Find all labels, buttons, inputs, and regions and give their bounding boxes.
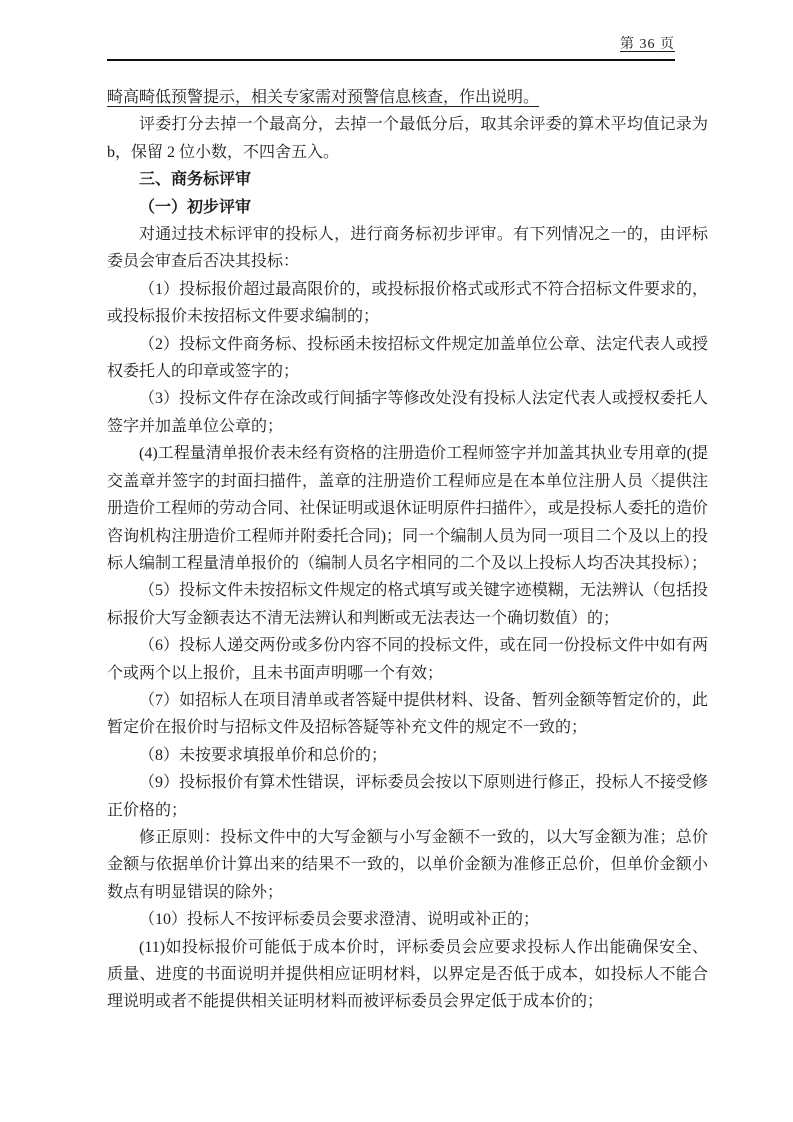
- para-warning-note: 畸高畸低预警提示，相关专家需对预警信息核查，作出说明。: [107, 84, 708, 111]
- para-item-8: （8）未按要求填报单价和总价的；: [107, 742, 708, 769]
- para-correction-principle: 修正原则：投标文件中的大写金额与小写金额不一致的，以大写金额为准；总价金额与依据…: [107, 824, 708, 906]
- para-item-5: （5）投标文件未按招标文件规定的格式填写或关键字迹模糊，无法辨认（包括投标报价大…: [107, 577, 708, 632]
- para-item-11: (11)如投标报价可能低于成本价时，评标委员会应要求投标人作出能确保安全、质量、…: [107, 934, 708, 1016]
- para-review-intro: 对通过技术标评审的投标人，进行商务标初步评审。有下列情况之一的，由评标委员会审查…: [107, 221, 708, 276]
- page-number-label: 第 36 页: [620, 37, 675, 52]
- para-item-10: （10）投标人不按评标委员会要求澄清、说明或补正的；: [107, 906, 708, 933]
- heading-business-bid-evaluation: 三、商务标评审: [107, 166, 708, 193]
- heading-preliminary-review: （一）初步评审: [107, 194, 708, 221]
- para-item-4: (4)工程量清单报价表未经有资格的注册造价工程师签字并加盖其执业专用章的(提交盖…: [107, 440, 708, 577]
- document-page: 第 36 页 畸高畸低预警提示，相关专家需对预警信息核查，作出说明。 评委打分去…: [0, 0, 793, 1122]
- para-item-9: （9）投标报价有算术性错误，评标委员会按以下原则进行修正，投标人不接受修正价格的…: [107, 769, 708, 824]
- para-item-2: （2）投标文件商务标、投标函未按招标文件规定加盖单位公章、法定代表人或授权委托人…: [107, 331, 708, 386]
- para-item-6: （6）投标人递交两份或多份内容不同的投标文件，或在同一份投标文件中如有两个或两个…: [107, 632, 708, 687]
- para-item-7: （7）如招标人在项目清单或者答疑中提供材料、设备、暂列金额等暂定价的，此暂定价在…: [107, 687, 708, 742]
- para-scoring-rule: 评委打分去掉一个最高分，去掉一个最低分后，取其余评委的算术平均值记录为 b，保留…: [107, 111, 708, 166]
- document-body: 畸高畸低预警提示，相关专家需对预警信息核查，作出说明。 评委打分去掉一个最高分，…: [107, 84, 708, 1016]
- para-item-1: （1）投标报价超过最高限价的，或投标报价格式或形式不符合招标文件要求的，或投标报…: [107, 276, 708, 331]
- para-item-3: （3）投标文件存在涂改或行间插字等修改处没有投标人法定代表人或授权委托人签字并加…: [107, 385, 708, 440]
- page-header: 第 36 页: [107, 34, 675, 61]
